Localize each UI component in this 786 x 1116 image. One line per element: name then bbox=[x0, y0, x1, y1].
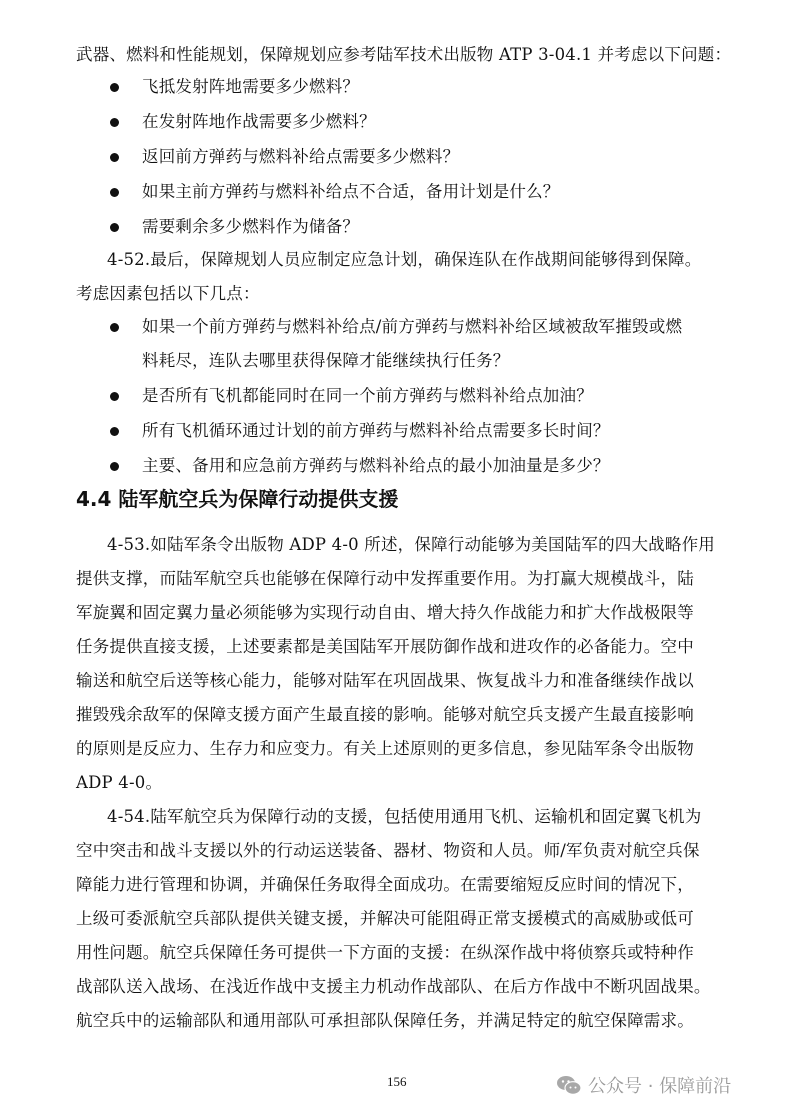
paragraph-4-54-line: 障能力进行管理和协调，并确保任务取得全面成功。在需要缩短反应时间的情况下， bbox=[76, 875, 694, 895]
paragraph-4-54-line: 战部队送入战场、在浅近作战中支援主力机动作战部队、在后方作战中不断巩固战果。 bbox=[76, 977, 711, 997]
bullet-icon bbox=[110, 462, 119, 471]
paragraph-4-52-line: 4-52.最后，保障规划人员应制定应急计划，确保连队在作战期间能够得到保障。 bbox=[107, 250, 701, 270]
list-item: 需要剩余多少燃料作为储备？ bbox=[142, 217, 359, 237]
section-heading: 4.4 陆军航空兵为保障行动提供支援 bbox=[76, 486, 398, 512]
paragraph-4-53-line: 提供支撑，而陆军航空兵也能够在保障行动中发挥重要作用。为打赢大规模战斗，陆 bbox=[76, 569, 694, 589]
paragraph-4-54-line: 空中突击和战斗支援以外的行动运送装备、器材、物资和人员。师/军负责对航空兵保 bbox=[76, 841, 700, 861]
bullet-icon bbox=[110, 392, 119, 401]
bullet-icon bbox=[110, 118, 119, 127]
list-item: 是否所有飞机都能同时在同一个前方弹药与燃料补给点加油？ bbox=[142, 386, 593, 406]
list-item: 所有飞机循环通过计划的前方弹药与燃料补给点需要多长时间？ bbox=[142, 421, 610, 441]
list-item: 返回前方弹药与燃料补给点需要多少燃料？ bbox=[142, 147, 459, 167]
paragraph-4-54-line: 上级可委派航空兵部队提供关键支援，并解决可能阻碍正常支援模式的高威胁或低可 bbox=[76, 909, 694, 929]
list-item: 飞抵发射阵地需要多少燃料？ bbox=[142, 77, 359, 97]
paragraph-4-53-line: 的原则是反应力、生存力和应变力。有关上述原则的更多信息，参见陆军条令出版物 bbox=[76, 739, 694, 759]
bullet-icon bbox=[110, 427, 119, 436]
paragraph-4-53-line: 军旋翼和固定翼力量必须能够为实现行动自由、增大持久作战能力和扩大作战极限等 bbox=[76, 603, 694, 623]
intro-line: 武器、燃料和性能规划，保障规划应参考陆军技术出版物 ATP 3-04.1 并考虑… bbox=[76, 45, 731, 65]
bullet-icon bbox=[110, 223, 119, 232]
paragraph-4-54-line: 航空兵中的运输部队和通用部队可承担部队保障任务，并满足特定的航空保障需求。 bbox=[76, 1011, 694, 1031]
paragraph-4-53-line: 4-53.如陆军条令出版物 ADP 4-0 所述，保障行动能够为美国陆军的四大战… bbox=[107, 535, 715, 555]
paragraph-4-53-line: ADP 4-0。 bbox=[76, 773, 162, 793]
paragraph-4-54-line: 用性问题。航空兵保障任务可提供一下方面的支援：在纵深作战中将侦察兵或特种作 bbox=[76, 943, 694, 963]
list-item-continuation: 料耗尽，连队去哪里获得保障才能继续执行任务？ bbox=[142, 351, 509, 371]
bullet-icon bbox=[110, 153, 119, 162]
bullet-icon bbox=[110, 323, 119, 332]
paragraph-4-54-line: 4-54.陆军航空兵为保障行动的支援，包括使用通用飞机、运输机和固定翼飞机为 bbox=[107, 807, 701, 827]
paragraph-4-53-line: 摧毁残余敌军的保障支援方面产生最直接的影响。能够对航空兵支援产生最直接影响 bbox=[76, 705, 694, 725]
watermark: 公众号 · 保障前沿 bbox=[556, 1072, 731, 1098]
paragraph-4-52-line: 考虑因素包括以下几点： bbox=[76, 284, 260, 304]
bullet-icon bbox=[110, 188, 119, 197]
list-item: 主要、备用和应急前方弹药与燃料补给点的最小加油量是多少？ bbox=[142, 456, 610, 476]
list-item: 如果一个前方弹药与燃料补给点/前方弹药与燃料补给区域被敌军摧毁或燃 bbox=[142, 317, 682, 337]
list-item: 在发射阵地作战需要多少燃料？ bbox=[142, 112, 376, 132]
watermark-text: 公众号 · 保障前沿 bbox=[588, 1072, 731, 1098]
list-item: 如果主前方弹药与燃料补给点不合适，备用计划是什么？ bbox=[142, 182, 560, 202]
page-number: 156 bbox=[387, 1074, 407, 1090]
paragraph-4-53-line: 输送和航空后送等核心能力，能够对陆军在巩固战果、恢复战斗力和准备继续作战以 bbox=[76, 671, 694, 691]
bullet-icon bbox=[110, 83, 119, 92]
wechat-icon bbox=[556, 1075, 582, 1095]
paragraph-4-53-line: 任务提供直接支援，上述要素都是美国陆军开展防御作战和进攻作的必备能力。空中 bbox=[76, 637, 694, 657]
